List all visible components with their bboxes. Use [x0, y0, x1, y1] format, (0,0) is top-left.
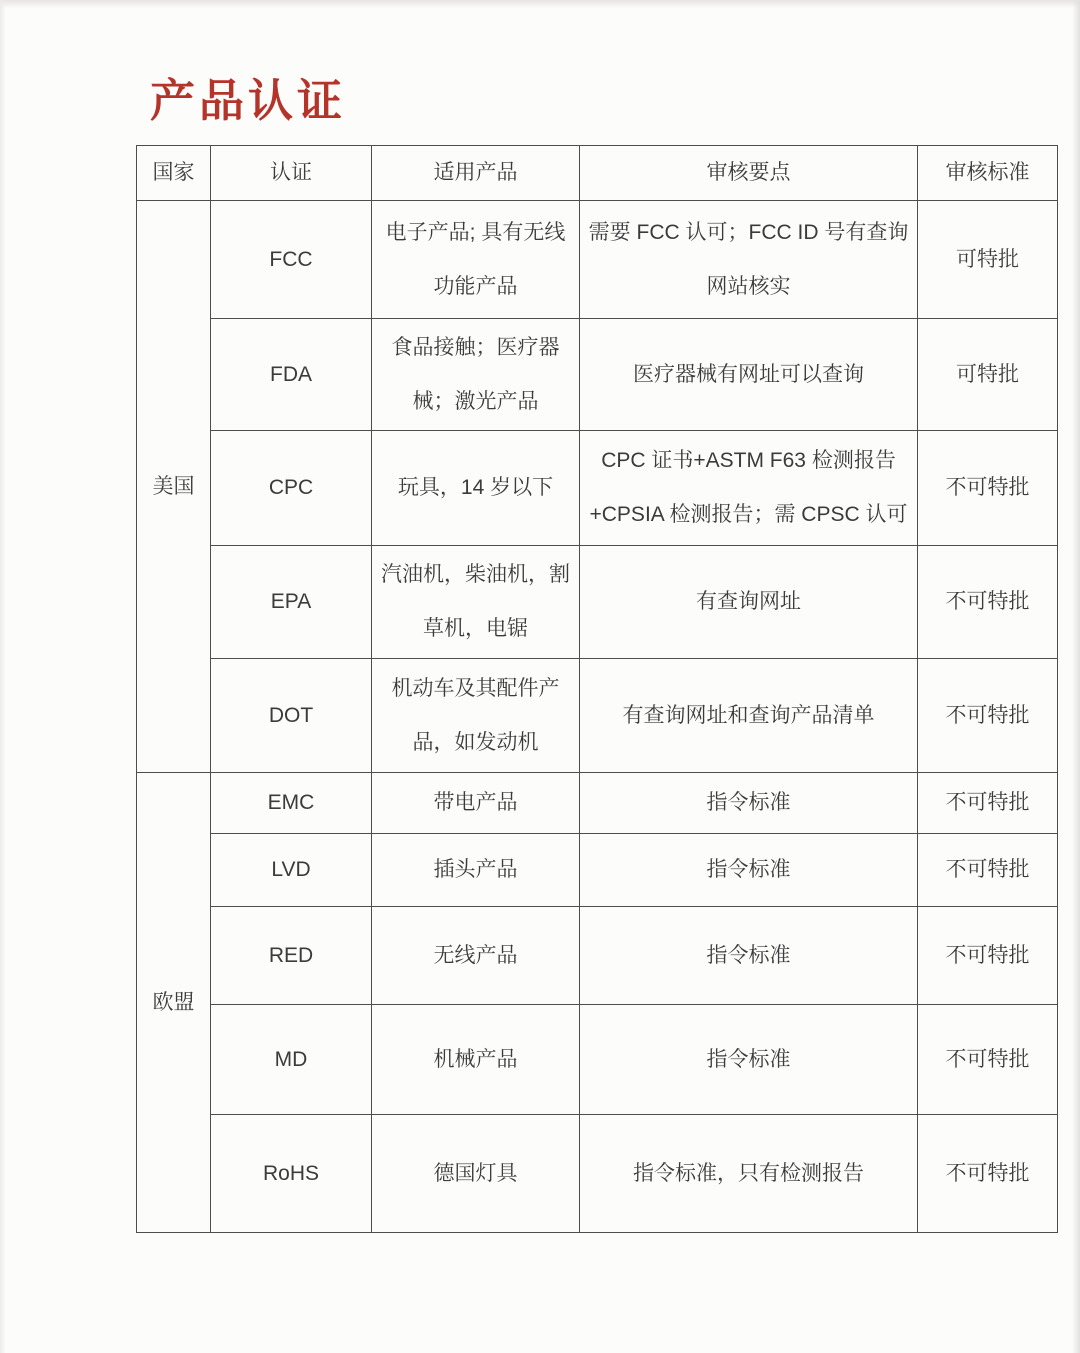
table-row: 美国 FCC 电子产品; 具有无线 功能产品 需要 FCC 认可；FCC ID …: [137, 201, 1058, 319]
country-cell-eu: 欧盟: [137, 773, 211, 1233]
table-row: CPC 玩具，14 岁以下 CPC 证书+ASTM F63 检测报告 +CPSI…: [137, 431, 1058, 546]
cert-cell: EPA: [211, 546, 372, 659]
cert-cell: CPC: [211, 431, 372, 546]
table-row: RoHS 德国灯具 指令标准，只有检测报告 不可特批: [137, 1115, 1058, 1233]
standard-cell: 不可特批: [918, 659, 1058, 773]
standard-cell: 不可特批: [918, 773, 1058, 834]
products-cell: 机械产品: [372, 1005, 580, 1115]
table-row: LVD 插头产品 指令标准 不可特批: [137, 834, 1058, 907]
standard-cell: 不可特批: [918, 1115, 1058, 1233]
column-header-country: 国家: [137, 146, 211, 201]
products-cell: 无线产品: [372, 907, 580, 1005]
cert-cell: RoHS: [211, 1115, 372, 1233]
products-cell: 电子产品; 具有无线 功能产品: [372, 201, 580, 319]
column-header-standard: 审核标准: [918, 146, 1058, 201]
products-cell: 德国灯具: [372, 1115, 580, 1233]
cert-cell: LVD: [211, 834, 372, 907]
standard-cell: 不可特批: [918, 1005, 1058, 1115]
table-row: RED 无线产品 指令标准 不可特批: [137, 907, 1058, 1005]
products-cell: 插头产品: [372, 834, 580, 907]
standard-cell: 可特批: [918, 319, 1058, 431]
scan-edge-left: [0, 0, 6, 1353]
column-header-cert: 认证: [211, 146, 372, 201]
products-cell: 带电产品: [372, 773, 580, 834]
table-header-row: 国家 认证 适用产品 审核要点 审核标准: [137, 146, 1058, 201]
column-header-points: 审核要点: [580, 146, 918, 201]
country-cell-usa: 美国: [137, 201, 211, 773]
cert-cell: FDA: [211, 319, 372, 431]
cert-cell: DOT: [211, 659, 372, 773]
table-row: 欧盟 EMC 带电产品 指令标准 不可特批: [137, 773, 1058, 834]
points-cell: 有查询网址: [580, 546, 918, 659]
products-cell: 食品接触；医疗器 械；激光产品: [372, 319, 580, 431]
points-cell: 指令标准: [580, 773, 918, 834]
points-cell: 需要 FCC 认可；FCC ID 号有查询 网站核实: [580, 201, 918, 319]
cert-cell: FCC: [211, 201, 372, 319]
points-cell: 指令标准: [580, 834, 918, 907]
products-cell: 汽油机，柴油机，割 草机，电锯: [372, 546, 580, 659]
products-cell: 玩具，14 岁以下: [372, 431, 580, 546]
scan-edge-top: [0, 0, 1080, 8]
products-cell: 机动车及其配件产 品，如发动机: [372, 659, 580, 773]
points-cell: 指令标准: [580, 1005, 918, 1115]
standard-cell: 不可特批: [918, 546, 1058, 659]
certification-table: 国家 认证 适用产品 审核要点 审核标准 美国 FCC 电子产品; 具有无线 功…: [136, 145, 1058, 1233]
page-title: 产品认证: [150, 64, 346, 129]
table-row: FDA 食品接触；医疗器 械；激光产品 医疗器械有网址可以查询 可特批: [137, 319, 1058, 431]
points-cell: 指令标准，只有检测报告: [580, 1115, 918, 1233]
standard-cell: 不可特批: [918, 431, 1058, 546]
document-page: { "page": { "title": "产品认证" }, "colors":…: [0, 0, 1080, 1353]
standard-cell: 不可特批: [918, 907, 1058, 1005]
scan-edge-right: [1072, 0, 1080, 1353]
points-cell: 有查询网址和查询产品清单: [580, 659, 918, 773]
cert-cell: RED: [211, 907, 372, 1005]
cert-cell: EMC: [211, 773, 372, 834]
points-cell: CPC 证书+ASTM F63 检测报告 +CPSIA 检测报告；需 CPSC …: [580, 431, 918, 546]
table-row: MD 机械产品 指令标准 不可特批: [137, 1005, 1058, 1115]
column-header-products: 适用产品: [372, 146, 580, 201]
cert-cell: MD: [211, 1005, 372, 1115]
table-row: EPA 汽油机，柴油机，割 草机，电锯 有查询网址 不可特批: [137, 546, 1058, 659]
table-row: DOT 机动车及其配件产 品，如发动机 有查询网址和查询产品清单 不可特批: [137, 659, 1058, 773]
standard-cell: 可特批: [918, 201, 1058, 319]
standard-cell: 不可特批: [918, 834, 1058, 907]
points-cell: 指令标准: [580, 907, 918, 1005]
points-cell: 医疗器械有网址可以查询: [580, 319, 918, 431]
